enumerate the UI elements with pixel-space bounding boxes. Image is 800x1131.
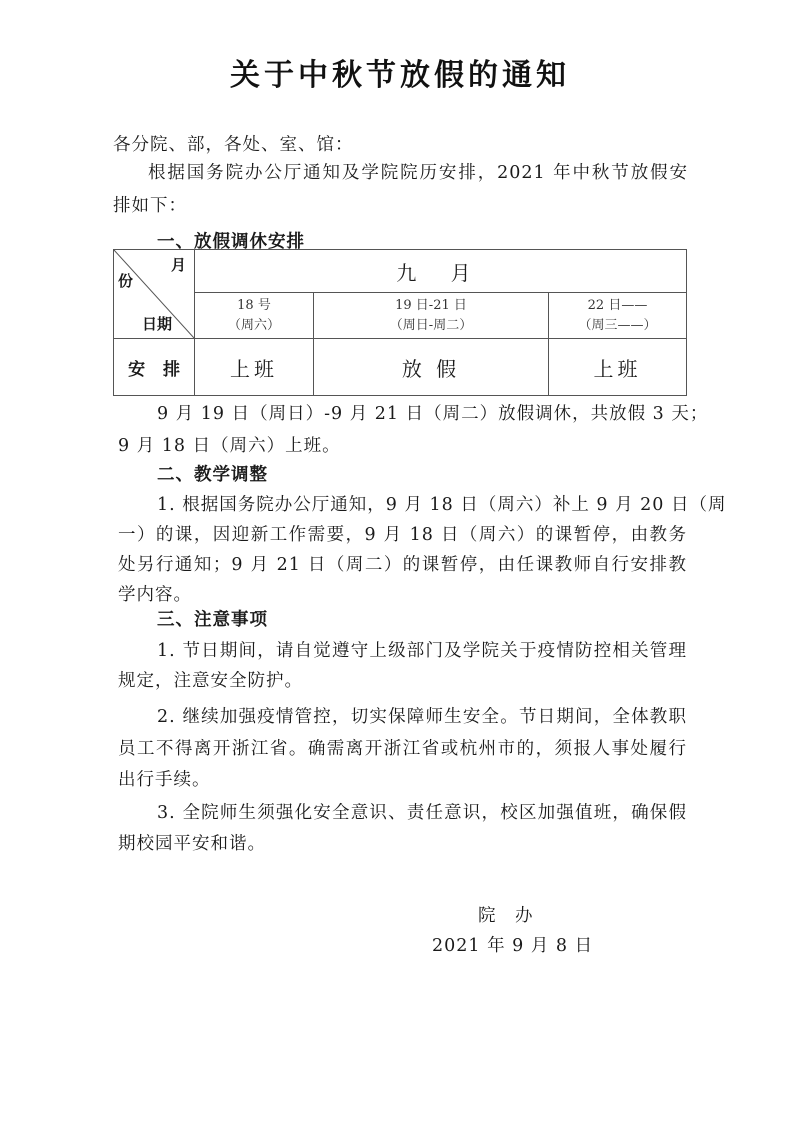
date-col-2: 19 日-21 日 （周日-周二） — [314, 293, 549, 339]
arrangement-col-2: 放 假 — [314, 339, 549, 396]
row-label-arrangement: 安 排 — [114, 339, 195, 396]
date-col-3-date: 22 日—— — [549, 296, 686, 316]
notes-item-1-line-1: 1. 节日期间，请自觉遵守上级部门及学院关于疫情防控相关管理 — [157, 637, 687, 662]
teaching-item-1-line-4: 学内容。 — [118, 581, 192, 606]
corner-label-month: 月 — [171, 254, 186, 275]
date-col-2-date: 19 日-21 日 — [314, 296, 548, 316]
notes-item-3-line-2: 期校园平安和谐。 — [118, 830, 266, 855]
document-title: 关于中秋节放假的通知 — [0, 50, 800, 94]
summary-line-1: 9 月 19 日（周日）-9 月 21 日（周二）放假调休，共放假 3 天； — [157, 400, 687, 425]
teaching-item-1-line-3: 处另行通知；9 月 21 日（周二）的课暂停，由任课教师自行安排教 — [118, 551, 687, 576]
signature-office: 院 办 — [478, 902, 534, 927]
signature-date: 2021 年 9 月 8 日 — [432, 932, 593, 957]
salutation: 各分院、部，各处、室、馆： — [113, 131, 354, 156]
teaching-item-1-line-2: 一）的课，因迎新工作需要，9 月 18 日（周六）的课暂停，由教务 — [118, 521, 687, 546]
month-header: 九 月 — [195, 250, 687, 293]
table-corner-header: 月 份 日期 — [114, 250, 195, 339]
date-col-2-weekday: （周日-周二） — [314, 316, 548, 336]
notice-page: 关于中秋节放假的通知 各分院、部，各处、室、馆： 根据国务院办公厅通知及学院院历… — [0, 0, 800, 1131]
date-col-3: 22 日—— （周三——） — [549, 293, 687, 339]
section-2-heading: 二、教学调整 — [157, 461, 268, 486]
date-col-3-weekday: （周三——） — [549, 316, 686, 336]
arrangement-col-3: 上班 — [549, 339, 687, 396]
date-col-1-date: 18 号 — [195, 296, 313, 316]
intro-line-1: 根据国务院办公厅通知及学院院历安排，2021 年中秋节放假安 — [148, 159, 688, 184]
corner-label-date: 日期 — [142, 313, 172, 334]
notes-item-1-line-2: 规定，注意安全防护。 — [118, 667, 303, 692]
notes-item-3-line-1: 3. 全院师生须强化安全意识、责任意识，校区加强值班，确保假 — [157, 799, 687, 824]
intro-line-2: 排如下： — [113, 192, 187, 217]
holiday-schedule-table: 月 份 日期 九 月 18 号 （周六） 19 日-21 日 （周日-周二） 2… — [113, 249, 687, 396]
corner-label-fen: 份 — [118, 270, 133, 291]
notes-item-2-line-2: 员工不得离开浙江省。确需离开浙江省或杭州市的，须报人事处履行 — [118, 735, 687, 760]
summary-line-2: 9 月 18 日（周六）上班。 — [118, 432, 341, 457]
teaching-item-1-line-1: 1. 根据国务院办公厅通知，9 月 18 日（周六）补上 9 月 20 日（周 — [157, 491, 687, 516]
section-3-heading: 三、注意事项 — [157, 606, 268, 631]
notes-item-2-line-3: 出行手续。 — [118, 766, 211, 791]
arrangement-col-1: 上班 — [195, 339, 314, 396]
date-col-1: 18 号 （周六） — [195, 293, 314, 339]
date-col-1-weekday: （周六） — [195, 316, 313, 336]
notes-item-2-line-1: 2. 继续加强疫情管控，切实保障师生安全。节日期间，全体教职 — [157, 703, 687, 728]
